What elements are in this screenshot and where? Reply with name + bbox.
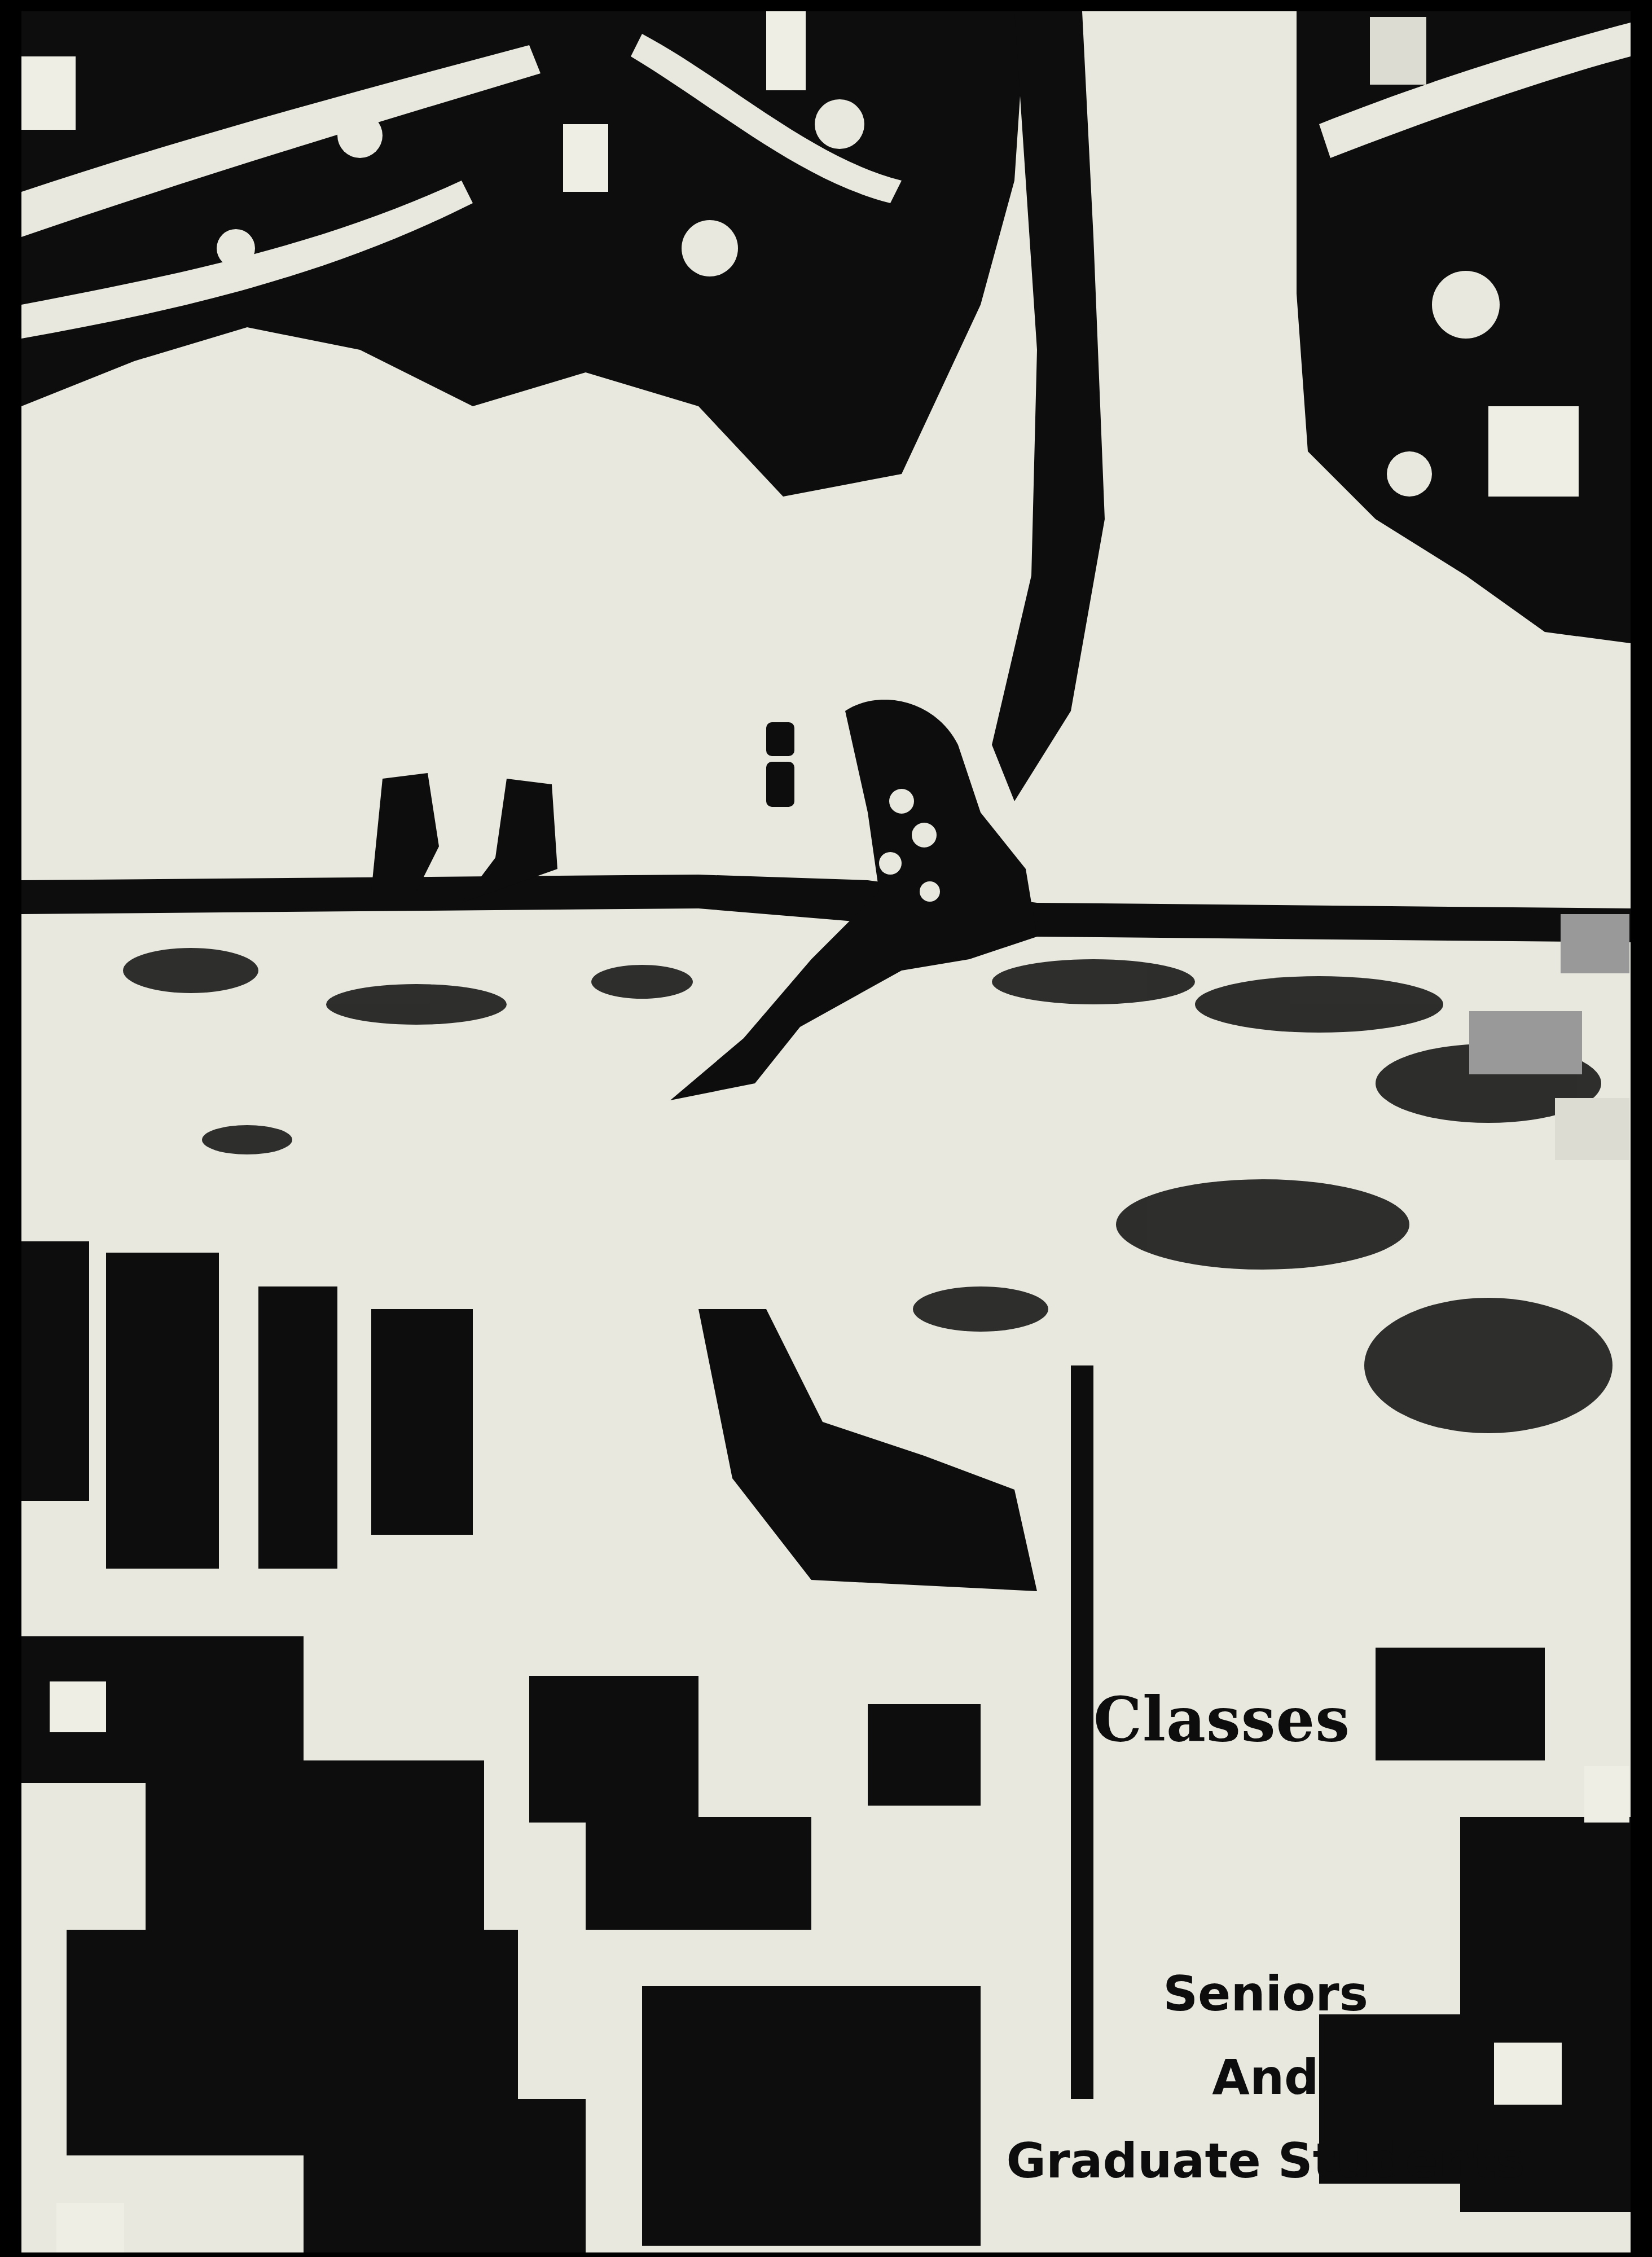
subtitle-line-graduate-students: Graduate Students [981,2119,1550,2203]
gray-patch [1561,914,1629,973]
subtitle-line-seniors: Seniors [981,1952,1550,2036]
blank-patch [766,11,806,90]
blank-patch [1555,1098,1629,1160]
subtitle-line-and: And [981,2036,1550,2119]
blank-patch [1488,406,1579,497]
blank-patch [21,56,76,130]
blank-patch [1584,1766,1629,1823]
gray-patch [1469,1011,1582,1074]
high-contrast-photo [21,11,1631,2252]
yearbook-page: Classes Seniors And Graduate Students [21,11,1631,2252]
blank-patch [563,124,608,192]
section-title: Classes [1093,1684,1350,1755]
blank-patch [50,1681,106,1732]
blank-patch [56,2203,124,2252]
section-subtitle: Seniors And Graduate Students [981,1952,1550,2203]
blank-patch [1370,17,1426,85]
